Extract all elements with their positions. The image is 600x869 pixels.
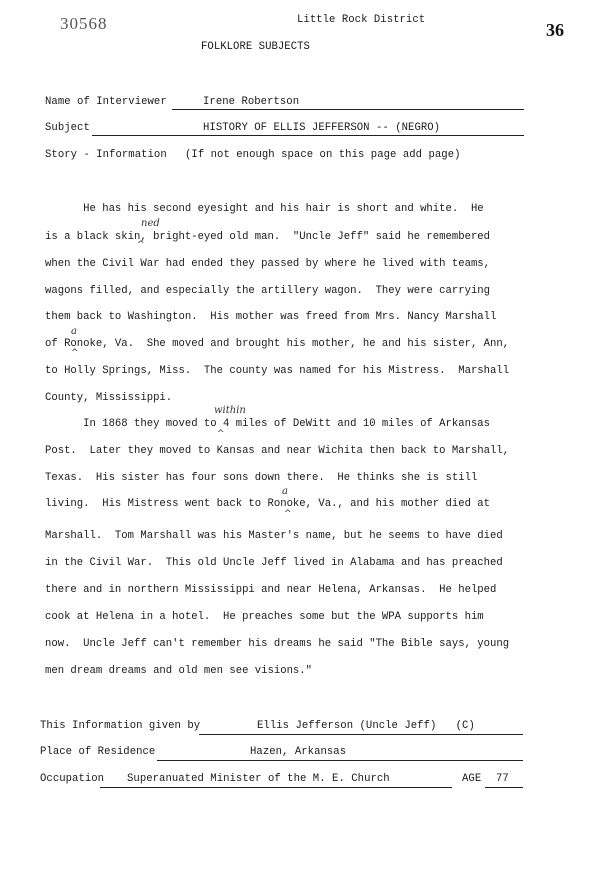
story-line: them back to Washington. His mother was …	[45, 311, 496, 323]
insertion-caret-icon: ^	[137, 240, 145, 250]
age-label: AGE	[462, 773, 481, 785]
story-line: living. His Mistress went back to Ronoke…	[45, 498, 490, 510]
informant-label: This Information given by	[40, 720, 200, 732]
section-title: FOLKLORE SUBJECTS	[201, 41, 310, 53]
informant-underline	[199, 734, 523, 735]
subject-value: HISTORY OF ELLIS JEFFERSON -- (NEGRO)	[203, 122, 440, 134]
story-line: is a black skin, bright-eyed old man. "U…	[45, 231, 490, 243]
page-number: 36	[546, 20, 564, 41]
story-line: County, Mississippi.	[45, 392, 172, 404]
story-line: wagons filled, and especially the artill…	[45, 285, 490, 297]
story-line: when the Civil War had ended they passed…	[45, 258, 490, 270]
district-label: Little Rock District	[297, 14, 425, 26]
handwritten-edit-a: a	[282, 486, 288, 497]
subject-label: Subject	[45, 122, 90, 134]
insertion-caret-icon: ^	[71, 348, 79, 358]
story-line: Marshall. Tom Marshall was his Master's …	[45, 530, 503, 542]
story-line: to Holly Springs, Miss. The county was n…	[45, 365, 509, 377]
story-line: in the Civil War. This old Uncle Jeff li…	[45, 557, 503, 569]
story-line: there and in northern Mississippi and ne…	[45, 584, 496, 596]
story-line: In 1868 they moved to 4 miles of DeWitt …	[45, 418, 490, 430]
story-label: Story - Information	[45, 149, 167, 161]
residence-label: Place of Residence	[40, 746, 155, 758]
handwritten-edit-a: a	[71, 326, 77, 337]
residence-value: Hazen, Arkansas	[250, 746, 346, 758]
story-line: Post. Later they moved to Kansas and nea…	[45, 445, 509, 457]
story-line: Texas. His sister has four sons down the…	[45, 472, 477, 484]
story-line: men dream dreams and old men see visions…	[45, 665, 312, 677]
occupation-value: Superanuated Minister of the M. E. Churc…	[127, 773, 390, 785]
age-value: 77	[496, 773, 509, 785]
story-line: now. Uncle Jeff can't remember his dream…	[45, 638, 509, 650]
insertion-caret-icon: ^	[284, 509, 292, 519]
insertion-caret-icon: ^	[217, 429, 225, 439]
informant-value: Ellis Jefferson (Uncle Jeff) (C)	[257, 720, 475, 732]
age-underline	[485, 787, 523, 788]
story-note: (If not enough space on this page add pa…	[185, 149, 461, 161]
story-line: He has his second eyesight and his hair …	[45, 203, 484, 215]
residence-underline	[157, 760, 523, 761]
occupation-label: Occupation	[40, 773, 104, 785]
subject-underline	[92, 135, 524, 136]
handwritten-edit-within: within	[214, 405, 246, 416]
archive-stamp-number: 30568	[60, 14, 108, 34]
handwritten-edit-ned: ned	[141, 218, 160, 229]
interviewer-underline	[172, 109, 524, 110]
story-line: cook at Helena in a hotel. He preaches s…	[45, 611, 484, 623]
story-line: of Ronoke, Va. She moved and brought his…	[45, 338, 509, 350]
occupation-underline	[100, 787, 452, 788]
interviewer-label: Name of Interviewer	[45, 96, 167, 108]
interviewer-value: Irene Robertson	[203, 96, 299, 108]
